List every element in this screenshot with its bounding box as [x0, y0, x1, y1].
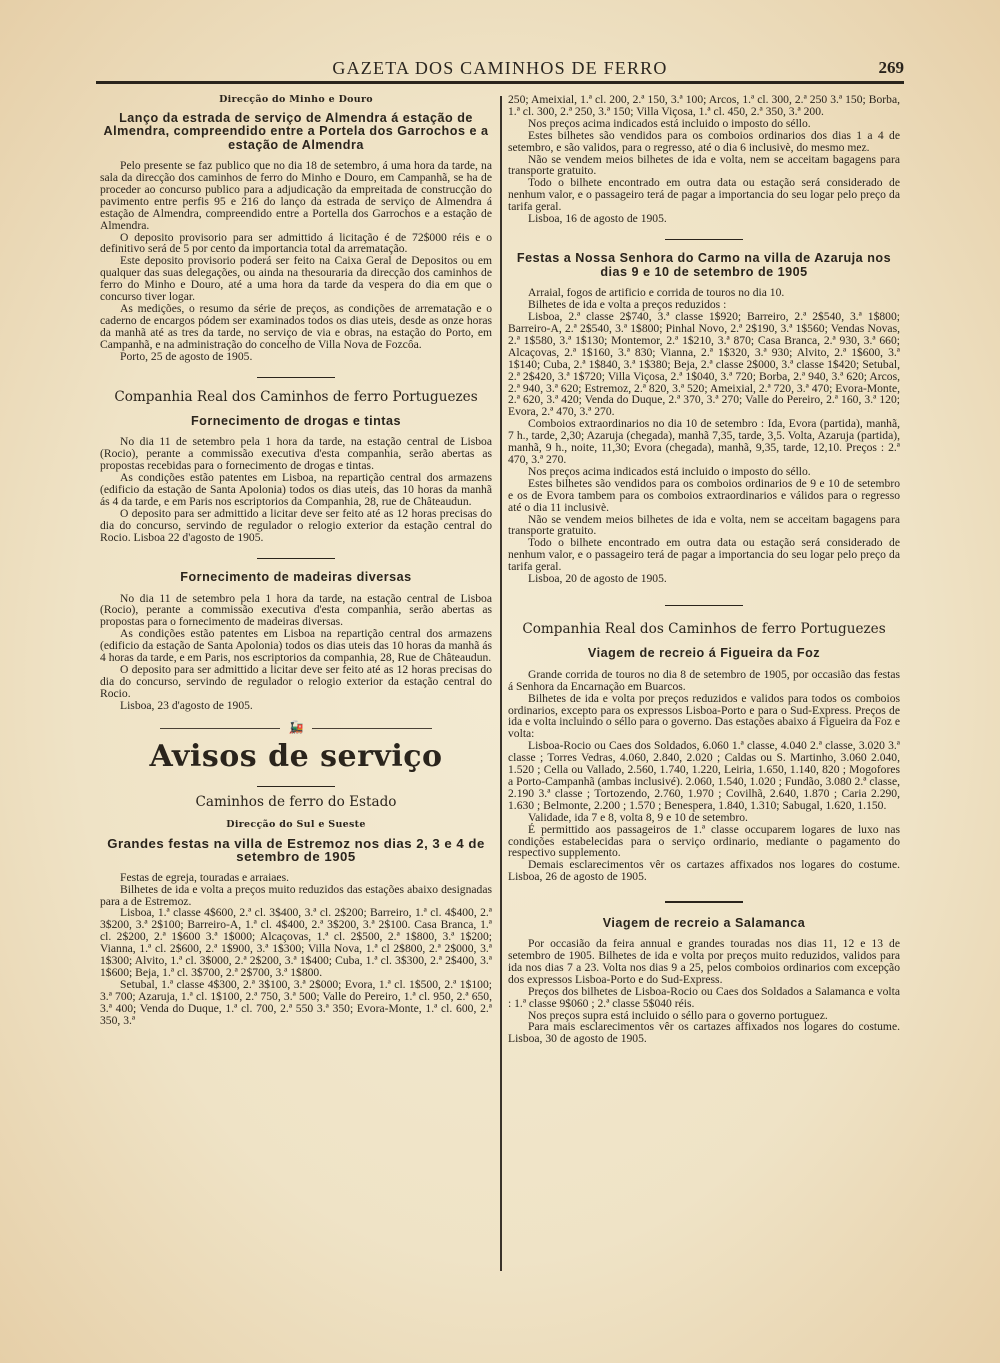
dateline: Lisboa, 23 d'agosto de 1905. — [100, 700, 492, 712]
companhia-real-excursions: Companhia Real dos Caminhos de ferro Por… — [508, 622, 900, 1045]
paragraph: O deposito para ser admittido a licitar … — [100, 664, 492, 700]
price-list: Lisboa, 2.ª classe 2$740, 3.ª classe 1$9… — [508, 311, 900, 418]
minho-notice: Direcção do Minho e Douro Lanço da estra… — [100, 94, 492, 363]
paragraph: Todo o bilhete encontrado em outra data … — [508, 177, 900, 213]
paragraph: Festas de egreja, touradas e arraiaes. — [100, 872, 492, 884]
company-heading: Companhia Real dos Caminhos de ferro Por… — [100, 390, 492, 405]
paragraph: As condições estão patentes em Lisboa na… — [100, 628, 492, 664]
page-number: 269 — [879, 58, 905, 78]
ornament-line — [312, 728, 432, 729]
publication-title: GAZETA DOS CAMINHOS DE FERRO — [96, 58, 904, 79]
paragraph: O deposito para ser admittido a licitar … — [100, 508, 492, 544]
locomotive-icon: 🚂 — [289, 722, 304, 734]
paragraph: Grande corrida de touros no dia 8 de set… — [508, 669, 900, 693]
azaruja-notice: Festas a Nossa Senhora do Carmo na villa… — [508, 252, 900, 584]
section-rule — [257, 558, 335, 560]
paragraph: Validade, ida 7 e 8, volta 8, 9 e 10 de … — [508, 812, 900, 824]
company-heading: Caminhos de ferro do Estado — [100, 797, 492, 809]
paragraph: Não se vendem meios bilhetes de ida e vo… — [508, 514, 900, 538]
paragraph: Por occasião da feira annual e grandes t… — [508, 938, 900, 986]
section-rule — [665, 605, 743, 607]
paragraph: Bilhetes de ida e volta a preços muito r… — [100, 884, 492, 908]
right-column: 250; Ameixial, 1.ª cl. 200, 2.ª 150, 3.ª… — [508, 94, 900, 1045]
dateline: Porto, 25 de agosto de 1905. — [100, 351, 492, 363]
section-rule — [257, 786, 335, 788]
page-header: GAZETA DOS CAMINHOS DE FERRO 269 — [96, 56, 904, 82]
section-rule — [665, 901, 743, 903]
paragraph: É permittido aos passageiros de 1.ª clas… — [508, 824, 900, 860]
avisos-section: Avisos de serviço Caminhos de ferro do E… — [100, 740, 492, 1027]
price-list: Setubal, 1.ª classe 4$300, 2.ª 3$100, 3.… — [100, 979, 492, 1027]
section-rule — [257, 377, 335, 379]
left-column: Direcção do Minho e Douro Lanço da estra… — [100, 94, 492, 1026]
notice-heading: Fornecimento de drogas e tintas — [100, 415, 492, 428]
dateline: Demais esclarecimentos vêr os cartazes a… — [508, 859, 900, 883]
header-rule — [96, 81, 904, 84]
notice-heading: Lanço da estrada de serviço de Almendra … — [100, 112, 492, 152]
paragraph: Bilhetes de ida e volta por preços reduz… — [508, 693, 900, 741]
locomotive-ornament: 🚂 — [100, 722, 492, 736]
dateline: Lisboa, 20 de agosto de 1905. — [508, 573, 900, 585]
paragraph: Estes bilhetes são vendidos para os comb… — [508, 478, 900, 514]
ornament-line — [160, 728, 280, 729]
estremoz-continuation: 250; Ameixial, 1.ª cl. 200, 2.ª 150, 3.ª… — [508, 94, 900, 225]
section-rule — [665, 239, 743, 241]
paragraph: Todo o bilhete encontrado em outra data … — [508, 537, 900, 573]
company-heading: Companhia Real dos Caminhos de ferro Por… — [508, 622, 900, 637]
paragraph: As condições estão patentes em Lisboa, n… — [100, 472, 492, 508]
price-list: Lisboa-Rocio ou Caes dos Soldados, 6.060… — [508, 740, 900, 811]
dateline: Lisboa, 16 de agosto de 1905. — [508, 213, 900, 225]
notice-heading: Festas a Nossa Senhora do Carmo na villa… — [508, 252, 900, 279]
department-heading: Direcção do Sul e Sueste — [100, 819, 492, 831]
notice-heading: Viagem de recreio a Salamanca — [508, 917, 900, 930]
paragraph: Pelo presente se faz publico que no dia … — [100, 160, 492, 231]
dateline: Para mais esclarecimentos vêr os cartaze… — [508, 1021, 900, 1045]
paragraph: As medições, o resumo da série de preços… — [100, 303, 492, 351]
department-heading: Direcção do Minho e Douro — [100, 94, 492, 106]
notice-heading: Grandes festas na villa de Estremoz nos … — [100, 837, 492, 864]
section-title: Avisos de serviço — [100, 740, 492, 774]
paragraph: Preços dos bilhetes de Lisboa-Rocio ou C… — [508, 986, 900, 1010]
paragraph: Nos preços acima indicados está incluido… — [508, 118, 900, 130]
paragraph: No dia 11 de setembro pela 1 hora da tar… — [100, 436, 492, 472]
paragraph: Este deposito provisorio poderá ser feit… — [100, 255, 492, 303]
notice-heading: Viagem de recreio á Figueira da Foz — [508, 647, 900, 660]
column-divider — [500, 96, 502, 1271]
paragraph: No dia 11 de setembro pela 1 hora da tar… — [100, 593, 492, 629]
companhia-real-notices: Companhia Real dos Caminhos de ferro Por… — [100, 390, 492, 712]
paragraph: Nos preços acima indicados está incluido… — [508, 466, 900, 478]
price-list: 250; Ameixial, 1.ª cl. 200, 2.ª 150, 3.ª… — [508, 94, 900, 118]
paragraph: Não se vendem meios bilhetes de ida e vo… — [508, 154, 900, 178]
paragraph: Estes bilhetes são vendidos para os comb… — [508, 130, 900, 154]
price-list: Lisboa, 1.ª classe 4$600, 2.ª cl. 3$400,… — [100, 907, 492, 978]
notice-heading: Fornecimento de madeiras diversas — [100, 571, 492, 584]
paragraph: O deposito provisorio para ser admittido… — [100, 232, 492, 256]
paragraph: Comboios extraordinarios no dia 10 de se… — [508, 418, 900, 466]
